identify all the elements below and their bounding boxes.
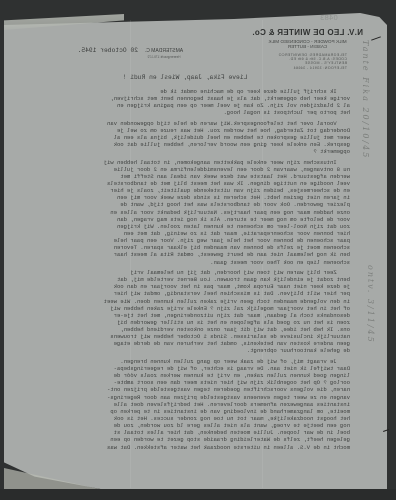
text-line: instanties aangewezen afnemers doorlever… xyxy=(35,401,350,408)
text-line: boel in de war loopen. Jullie moeten bed… xyxy=(35,429,350,436)
text-line: Intusschen zijn weer enkele pakketten aa… xyxy=(35,159,350,166)
text-line: werden afgestuurd. Het laatste wat deze … xyxy=(35,173,350,180)
letter-date: 20 October 1945. xyxy=(48,47,138,54)
text-line: schoenen moet je zelfs de bonnen van maa… xyxy=(35,244,350,251)
salutation: Lieve Fika, Jaap, Wiesl en Rudi ! xyxy=(110,74,260,81)
paragraph: Ik schrijf jullie deze keer op de machin… xyxy=(35,88,350,117)
text-line: naren, die volgens voorschriften goedere… xyxy=(35,386,350,393)
text-line: Vooral over het telefoongesprek.Wij ware… xyxy=(35,120,350,127)
handwritten-margin-note: ontv. 3/11/45 xyxy=(361,265,375,375)
text-line: ben ik nog helemaal niet aan de beurt ge… xyxy=(35,251,350,258)
text-line: en de scheermesjes, beiden zijn van uits… xyxy=(35,187,350,194)
contact-line: TELEFOON: 33914 - 34664 xyxy=(240,66,347,70)
text-line: weer met jullie gesproken te hebben en h… xyxy=(35,134,350,141)
text-line: ons. Ik heb het idee, dat wij dit jaar o… xyxy=(35,326,350,333)
text-line: bent zodat je eindelijk kan gaan trouwen… xyxy=(35,276,350,283)
text-line: in jaren niet gezien hebt. Het scheren i… xyxy=(35,194,350,201)
text-line: mocht in de V.S. alleen in uiterste nood… xyxy=(35,444,350,451)
text-line: het porto per luchtpost is nogal hoog. xyxy=(35,109,350,116)
text-line: gelegen heeft, zelfs de Waterleiding dra… xyxy=(35,436,350,443)
text-line: paar schoenen de bonnen voor het hele ja… xyxy=(35,237,350,244)
text-line: of het in het voorjaar mogelijk zal zijn… xyxy=(35,305,350,312)
text-line: het hoogst noodzakelijke, maar tot nu to… xyxy=(35,415,350,422)
city-address: Heerengracht 170-172 xyxy=(134,55,194,59)
text-line: je deze keer niet naar Europa komt, maar… xyxy=(35,283,350,290)
text-line: voor de belofte om nog meer te sturen. A… xyxy=(35,216,350,223)
text-line: Zeer blij waren wij toen wij hoorden, da… xyxy=(35,269,350,276)
paragraph: Je vraagt mij, of wij de zaak weer op ga… xyxy=(35,358,350,451)
paragraph: Intusschen zijn weer enkele pakketten aa… xyxy=(35,159,350,266)
text-line: schoenen liep en ook Theo voor meest gaa… xyxy=(35,259,350,266)
scan-background xyxy=(0,489,396,500)
company-name: N.V. LEO DE WINTER & Co. xyxy=(240,28,375,37)
text-line: Donderdag tot Zaterdag, hoe het worden z… xyxy=(35,127,350,134)
text-line: opgemerkt ? xyxy=(35,148,350,155)
text-line: de gehele kantoorhuur opbrengt. xyxy=(35,347,350,354)
text-line: vangen en ze weer tegen eveneens vastges… xyxy=(35,394,350,401)
text-line: al 2 bladzijden vol zijn. Zo kan je veel… xyxy=(35,102,350,109)
text-line: zou dat zijn Nool-leer om schoenen te ku… xyxy=(35,223,350,230)
paragraph: Vooral over het telefoongesprek.Wij ware… xyxy=(35,120,350,156)
letter-body: Ik schrijf jullie deze keer op de machin… xyxy=(35,88,350,454)
text-line: lingen goed kunnen zullen zaken, en vrij… xyxy=(35,372,350,379)
text-line: desondanks toch al gedaan, maar dat zijn… xyxy=(35,312,350,319)
text-line: gesprek. Een enkele keer ging een woord … xyxy=(35,141,350,148)
text-line: onze hadden maar nog een paar haartjes. … xyxy=(35,209,350,216)
text-line: veel noodige en nuttige dingen. Ik was h… xyxy=(35,180,350,187)
archive-number: 0483 xyxy=(320,14,338,22)
text-line: nu 8 ontvangen, waarvan 2 door een leven… xyxy=(35,166,350,173)
text-line: oorlog ? Op het oogenblik zijn wij hier … xyxy=(35,379,350,386)
letterhead-city: AMSTERDAM C. Heerengracht 170-172 xyxy=(134,48,194,59)
text-line: Ik schrijf jullie deze keer op de machin… xyxy=(35,88,350,95)
text-line: Daar twijfel ik niet aan. De vraag is ec… xyxy=(35,365,350,372)
text-line: natuurlijk inclusieve de salarissen. Sin… xyxy=(35,333,350,340)
text-line: moeite, om langzamerhand de invloeding v… xyxy=(35,408,350,415)
text-line: Je vraagt mij, of wij de zaak weer op ga… xyxy=(35,358,350,365)
text-line: per hier wilt blijven. Dat is misschien … xyxy=(35,290,350,297)
paragraph: Zeer blij waren wij toen wij hoorden, da… xyxy=(35,269,350,355)
text-line: geen andere kosten van betekenis, omdat … xyxy=(35,340,350,347)
city-name: AMSTERDAM C. xyxy=(134,48,194,54)
text-line: in den volgende maanden toch geen vrije … xyxy=(35,298,350,305)
text-line: nog een beetje te vroeg, want als niet a… xyxy=(35,422,350,429)
text-line: zoen is het nu zo goed als afgelopen en … xyxy=(35,319,350,326)
text-line: hier bonnen voor schoenreparatie, maar d… xyxy=(35,230,350,237)
text-line: plezier geworden. Ook voor de tandborste… xyxy=(35,201,350,208)
text-line: vorige keer heb opgemerkt, dat als je ha… xyxy=(35,95,350,102)
